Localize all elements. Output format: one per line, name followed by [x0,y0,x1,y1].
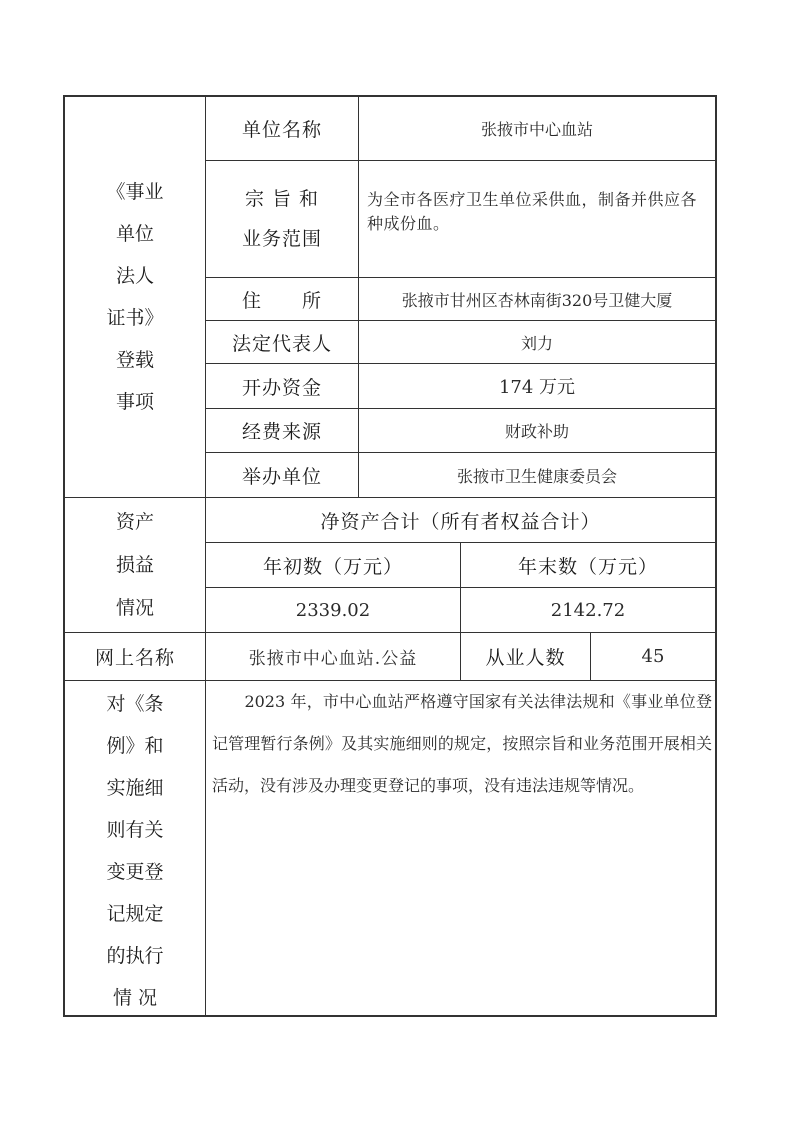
label-line: 业务范围 [242,219,322,259]
label-line: 法人 [116,255,154,297]
address-label: 住 所 [206,278,358,320]
unit-name-value: 张掖市中心血站 [359,96,715,160]
label-line: 情 况 [113,977,157,1019]
label-line: 情况 [116,587,154,630]
net-assets-header: 净资产合计（所有者权益合计） [206,498,715,542]
address-value: 张掖市甘州区杏林南街320号卫健大厦 [359,278,715,320]
funding-source-label: 经费来源 [206,409,358,452]
label-line: 宗 旨 和 [245,179,319,219]
label-line: 则有关 [106,809,163,851]
label-line: 实施细 [106,767,163,809]
compliance-section-label: 对《条 例》和 实施细 则有关 变更登 记规定 的执行 情 况 [65,681,205,1015]
start-of-year-label: 年初数（万元） [206,543,460,587]
label-line: 记规定 [106,893,163,935]
label-line: 单位 [116,213,154,255]
label-line: 损益 [116,544,154,587]
capital-label: 开办资金 [206,364,358,408]
compliance-text: 2023 年，市中心血站严格遵守国家有关法律法规和《事业单位登记管理暂行条例》及… [212,681,712,807]
label-line: 资产 [116,501,154,544]
label-line: 登载 [116,339,154,381]
label-line: 变更登 [106,851,163,893]
table-border-bottom [63,1015,717,1017]
table-border-right [715,95,717,1017]
end-of-year-label: 年末数（万元） [461,543,715,587]
funding-source-value: 财政补助 [359,409,715,452]
capital-value: 174 万元 [359,364,715,408]
legal-rep-label: 法定代表人 [206,321,358,363]
staff-count-value: 45 [591,633,715,680]
online-name-label: 网上名称 [65,633,205,680]
start-of-year-value: 2339.02 [206,588,460,632]
unit-name-label: 单位名称 [206,96,358,160]
legal-rep-value: 刘力 [359,321,715,363]
sponsor-value: 张掖市卫生健康委员会 [359,453,715,497]
label-line: 的执行 [106,935,163,977]
end-of-year-value: 2142.72 [461,588,715,632]
staff-count-label: 从业人数 [461,633,590,680]
label-line: 证书》 [106,297,163,339]
label-line: 《事业 [106,171,163,213]
assets-section-label: 资产 损益 情况 [65,498,205,632]
purpose-label: 宗 旨 和 业务范围 [206,161,358,277]
registration-section-label: 《事业 单位 法人 证书》 登载 事项 [65,97,205,497]
purpose-value: 为全市各医疗卫生单位采供血，制备并供应各种成份血。 [359,161,715,277]
label-line: 对《条 [106,683,163,725]
online-name-value: 张掖市中心血站.公益 [206,633,460,680]
label-line: 例》和 [106,725,163,767]
label-line: 事项 [116,381,154,423]
sponsor-label: 举办单位 [206,453,358,497]
